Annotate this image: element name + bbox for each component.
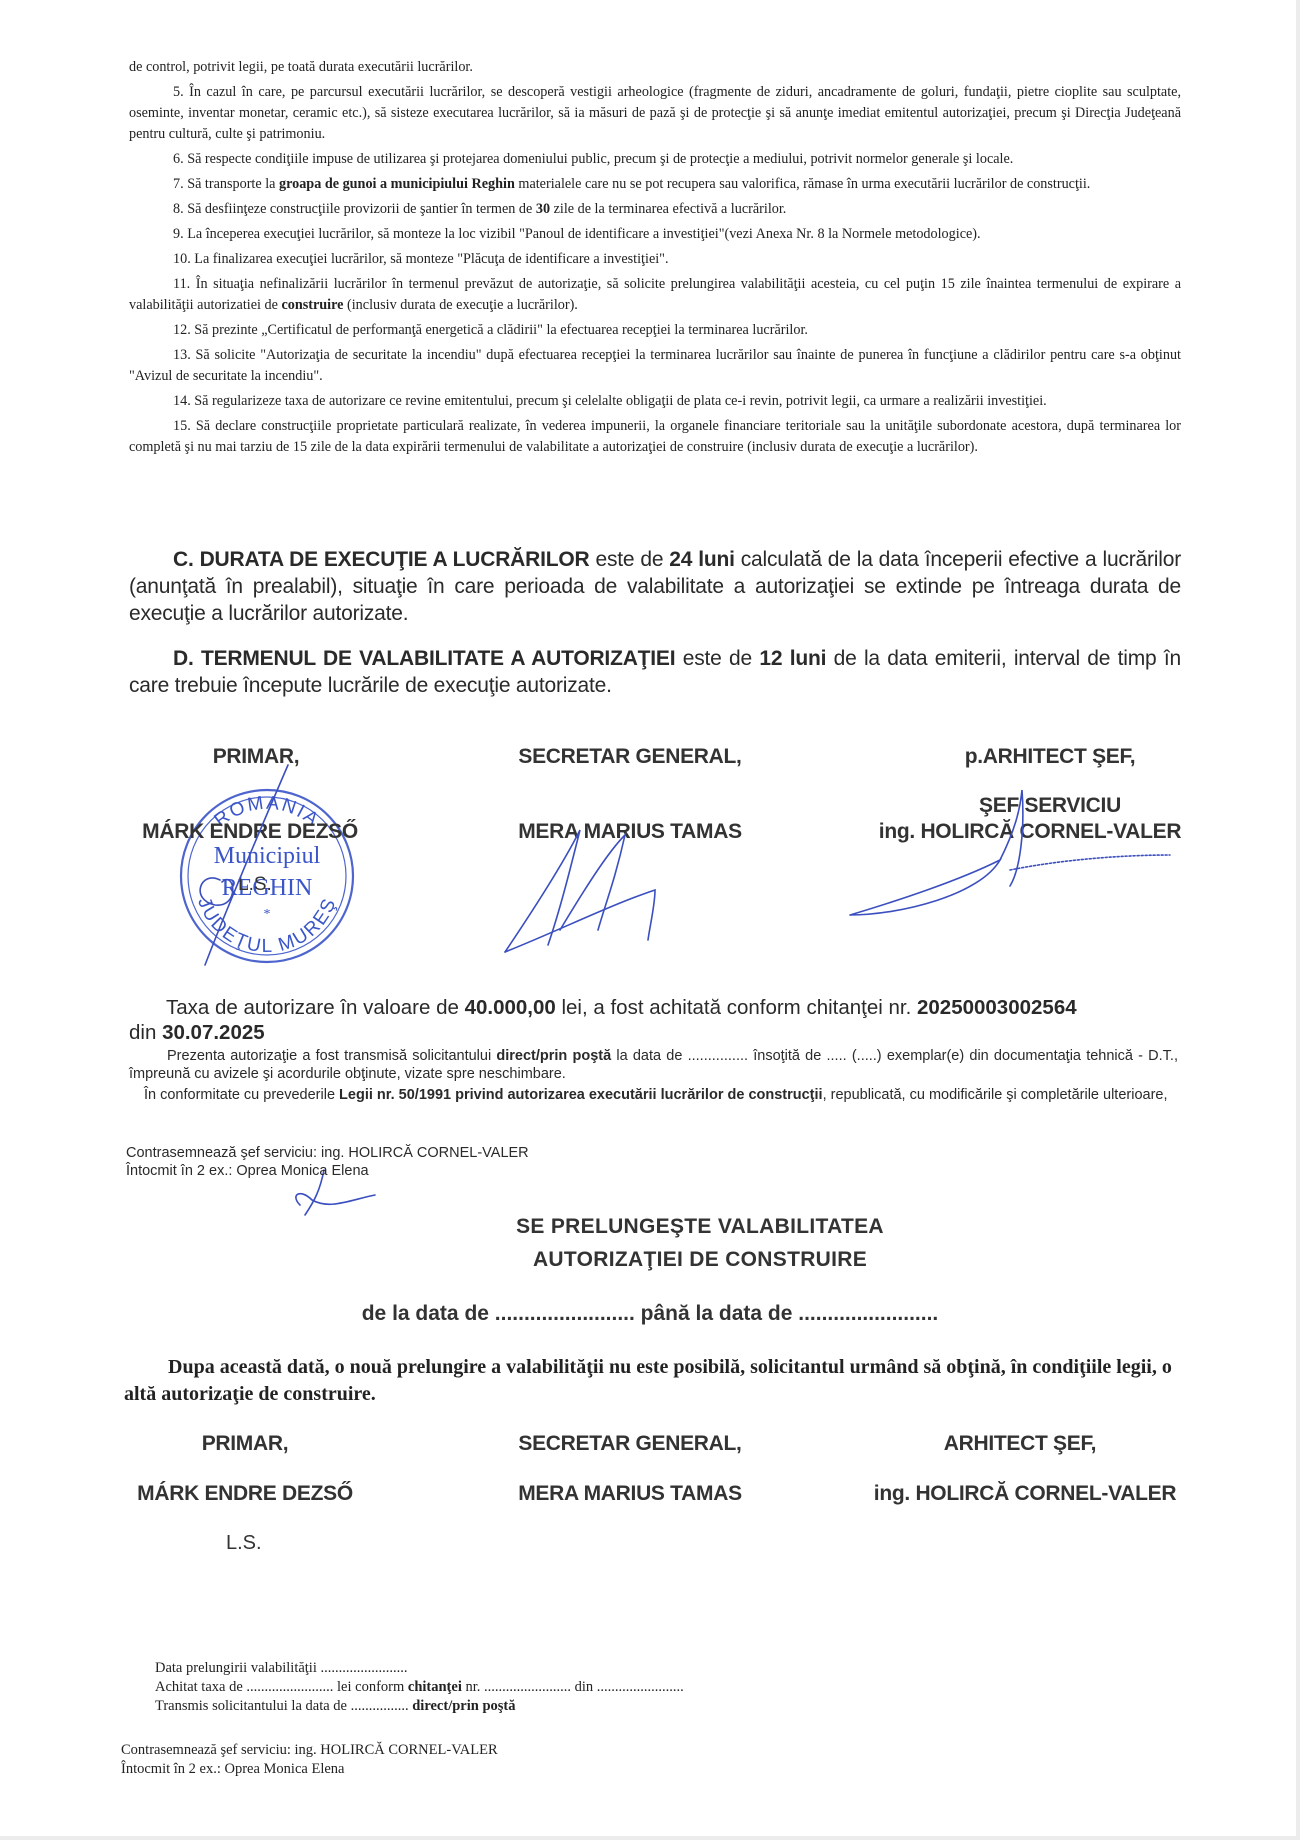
bottom-ls-mark: L.S. — [226, 1532, 262, 1555]
condition-item-9: 9. La începerea execuţiei lucrărilor, să… — [129, 224, 1181, 245]
tax-date-line: din 30.07.2025 — [129, 1021, 265, 1045]
condition-item-13: 13. Să solicite "Autorizaţia de securita… — [129, 345, 1181, 387]
condition-item-7: 7. Să transporte la groapa de gunoi a mu… — [129, 174, 1181, 195]
condition-item-15: 15. Să declare construcţiile proprietate… — [129, 416, 1181, 458]
mayor-name: MÁRK ENDRE DEZSŐ — [120, 820, 380, 844]
receipt-date: 30.07.2025 — [162, 1021, 265, 1044]
svg-text:*: * — [264, 907, 271, 922]
footer-prepared-by-line: Întocmit în 2 ex.: Oprea Monica Elena — [121, 1760, 821, 1779]
extension-payment-line: Achitat taxa de ........................… — [155, 1678, 855, 1697]
condition-item-14: 14. Să regularizeze taxa de autorizare c… — [129, 391, 1181, 412]
bottom-architect-title: ARHITECT ŞEF, — [870, 1432, 1170, 1456]
extension-note: Dupa această dată, o nouă prelungire a v… — [124, 1354, 1176, 1408]
condition-item-5: 5. În cazul în care, pe parcursul execut… — [129, 82, 1181, 145]
authorization-tax: Taxa de autorizare în valoare de 40.000,… — [166, 996, 1178, 1020]
execution-duration-value: 24 luni — [669, 548, 734, 571]
continuation-text: de control, potrivit legii, pe toată dur… — [129, 57, 1181, 78]
receipt-number: 20250003002564 — [917, 996, 1077, 1019]
extension-to-date-field[interactable]: ........................ — [798, 1302, 938, 1325]
svg-text:Municipiul: Municipiul — [214, 843, 321, 869]
footer-countersign-line: Contrasemnează şef serviciu: ing. HOLIRC… — [121, 1741, 821, 1760]
extension-amount-field[interactable]: ........................ — [246, 1679, 333, 1695]
condition-item-12: 12. Să prezinte „Certificatul de perform… — [129, 320, 1181, 341]
extension-transmission-date-field[interactable]: ................ — [351, 1698, 409, 1714]
extension-date-line: Data prelungirii valabilităţii .........… — [155, 1659, 855, 1678]
extension-title: SE PRELUNGEŞTE VALABILITATEA AUTORIZAŢIE… — [370, 1210, 1030, 1276]
section-d-validity-term: D. TERMENUL DE VALABILITATE A AUTORIZAŢI… — [129, 645, 1181, 699]
ls-mark: L.S. — [238, 874, 272, 896]
extension-receipt-field[interactable]: ........................ — [484, 1679, 571, 1695]
condition-item-10: 10. La finalizarea execuţiei lucrărilor,… — [129, 249, 1181, 270]
conformity-paragraph: În conformitate cu prevederile Legii nr.… — [129, 1086, 1178, 1104]
validity-term-value: 12 luni — [759, 647, 826, 670]
extension-dates: de la data de ........................ p… — [200, 1302, 1100, 1326]
condition-item-8: 8. Să desfiinţeze construcţiile provizor… — [129, 199, 1181, 220]
extension-transmission-line: Transmis solicitantului la data de .....… — [155, 1697, 855, 1716]
tax-amount: 40.000,00 — [465, 996, 556, 1019]
bottom-architect-name: ing. HOLIRCĂ CORNEL-VALER — [830, 1482, 1220, 1506]
service-chief-title: ŞEF SERVICIU — [900, 794, 1200, 818]
bottom-mayor-name: MÁRK ENDRE DEZSŐ — [110, 1482, 380, 1506]
extension-details: Data prelungirii valabilităţii .........… — [155, 1659, 855, 1716]
countersign-block: Contrasemnează şef serviciu: ing. HOLIRC… — [126, 1144, 826, 1180]
countersign-line: Contrasemnează şef serviciu: ing. HOLIRC… — [126, 1144, 826, 1162]
section-c-execution-duration: C. DURATA DE EXECUŢIE A LUCRĂRILOR este … — [129, 546, 1181, 627]
transmission-paragraph: Prezenta autorizaţie a fost transmisă so… — [129, 1047, 1178, 1083]
conditions-list: de control, potrivit legii, pe toată dur… — [129, 57, 1181, 462]
bottom-secretary-title: SECRETAR GENERAL, — [470, 1432, 790, 1456]
extension-receipt-date-field[interactable]: ........................ — [597, 1679, 684, 1695]
bottom-secretary-name: MERA MARIUS TAMAS — [470, 1482, 790, 1506]
mayor-title: PRIMAR, — [196, 745, 316, 769]
bottom-mayor-title: PRIMAR, — [160, 1432, 330, 1456]
footer-block: Contrasemnează şef serviciu: ing. HOLIRC… — [121, 1741, 821, 1779]
secretary-name: MERA MARIUS TAMAS — [480, 820, 780, 844]
extension-date-field[interactable]: ........................ — [321, 1660, 408, 1676]
extension-from-date-field[interactable]: ........................ — [495, 1302, 635, 1325]
document-page: de control, potrivit legii, pe toată dur… — [0, 0, 1296, 1836]
architect-title: p.ARHITECT ŞEF, — [900, 745, 1200, 769]
architect-name: ing. HOLIRCĂ CORNEL-VALER — [830, 820, 1230, 844]
prepared-by-line: Întocmit în 2 ex.: Oprea Monica Elena — [126, 1162, 826, 1180]
condition-item-11: 11. În situaţia nefinalizării lucrărilor… — [129, 274, 1181, 316]
secretary-title: SECRETAR GENERAL, — [480, 745, 780, 769]
svg-text:JUDEŢUL MUREŞ: JUDEŢUL MUREŞ — [193, 894, 341, 957]
condition-item-6: 6. Să respecte condiţiile impuse de util… — [129, 149, 1181, 170]
